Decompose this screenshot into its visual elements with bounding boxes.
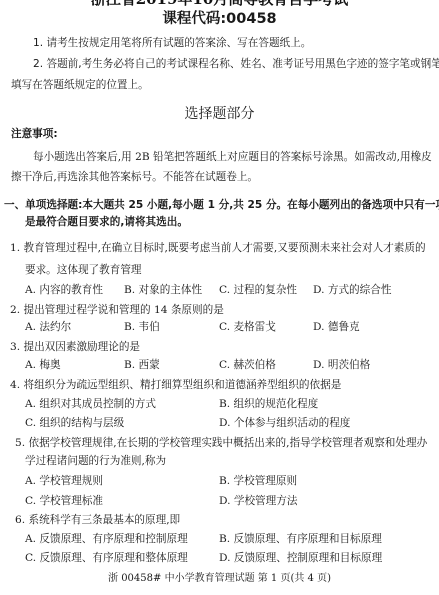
question-6-option-c: C. 反馈原理、有序原理和整体原理 [25, 551, 188, 565]
question-2-option-b: B. 韦伯 [124, 320, 160, 334]
question-4-option-c: C. 组织的结构与层级 [25, 416, 124, 430]
section-title: 选择题部分 [0, 105, 439, 123]
question-4-option-a: A. 组织对其成员控制的方式 [25, 397, 156, 411]
question-3-option-c: C. 赫茨伯格 [219, 358, 276, 372]
general-note-2-cont: 填写在答题纸规定的位置上。 [11, 78, 149, 92]
question-2-option-c: C. 麦格雷戈 [219, 320, 276, 334]
question-2-option-a: A. 法约尔 [25, 320, 71, 334]
question-5-option-c: C. 学校管理标准 [25, 494, 103, 508]
question-3-option-b: B. 西蒙 [124, 358, 160, 372]
question-5-option-b: B. 学校管理原则 [219, 474, 297, 488]
part-one-heading: 一、单项选择题:本大题共 25 小题,每小题 1 分,共 25 分。在每小题列出… [4, 198, 439, 212]
notice-line-2: 擦干净后,再选涂其他答案标号。不能答在试题卷上。 [11, 170, 258, 184]
course-code: 课程代码:00458 [0, 10, 439, 28]
question-5-option-d: D. 学校管理方法 [219, 494, 297, 508]
notice-label: 注意事项: [11, 127, 58, 141]
question-1-option-b: B. 对象的主体性 [124, 283, 202, 297]
question-1-option-d: D. 方式的综合性 [313, 283, 391, 297]
question-5-stem: 5. 依据学校管理规律,在长期的学校管理实践中概括出来的,指导学校管理者观察和处… [15, 436, 427, 450]
question-1-stem-cont: 要求。这体现了教育管理 [25, 263, 142, 277]
question-4-option-d: D. 个体参与组织活动的程度 [219, 416, 350, 430]
page-footer: 浙 00458# 中小学教育管理试题 第 1 页(共 4 页) [0, 572, 439, 586]
part-one-heading-cont: 是最符合题目要求的,请将其选出。 [25, 215, 188, 229]
question-3-option-d: D. 明茨伯格 [313, 358, 370, 372]
question-6-option-d: D. 反馈原理、控制原理和目标原理 [219, 551, 382, 565]
exam-title-cutoff: 浙江省2019年10月高等教育自学考试 [0, 0, 439, 7]
question-3-option-a: A. 梅奥 [25, 358, 61, 372]
general-note-1: 1. 请考生按规定用笔将所有试题的答案涂、写在答题纸上。 [33, 36, 311, 50]
question-6-option-b: B. 反馈原理、有序原理和目标原理 [219, 532, 382, 546]
general-note-2: 2. 答题前,考生务必将自己的考试课程名称、姓名、准考证号用黑色字迹的签字笔或钢… [33, 57, 439, 71]
notice-line-1: 每小题选出答案后,用 2B 铅笔把答题纸上对应题目的答案标号涂黑。如需改动,用橡… [33, 150, 432, 164]
question-6-stem: 6. 系统科学有三条最基本的原理,即 [15, 513, 180, 527]
question-1-option-c: C. 过程的复杂性 [219, 283, 297, 297]
question-5-stem-cont: 学过程诸问题的行为准则,称为 [25, 454, 166, 468]
question-6-option-a: A. 反馈原理、有序原理和控制原理 [25, 532, 188, 546]
question-4-stem: 4. 将组织分为疏远型组织、精打细算型组织和道德涵养型组织的依据是 [10, 378, 341, 392]
question-1-option-a: A. 内容的教育性 [25, 283, 103, 297]
question-2-option-d: D. 德鲁克 [313, 320, 360, 334]
question-2-stem: 2. 提出管理过程学说和管理的 14 条原则的是 [10, 303, 224, 317]
question-4-option-b: B. 组织的规范化程度 [219, 397, 318, 411]
question-5-option-a: A. 学校管理规则 [25, 474, 103, 488]
question-1-stem: 1. 教育管理过程中,在确立目标时,既要考虑当前人才需要,又要预测未来社会对人才… [10, 241, 426, 255]
question-3-stem: 3. 提出双因素激励理论的是 [10, 340, 140, 354]
